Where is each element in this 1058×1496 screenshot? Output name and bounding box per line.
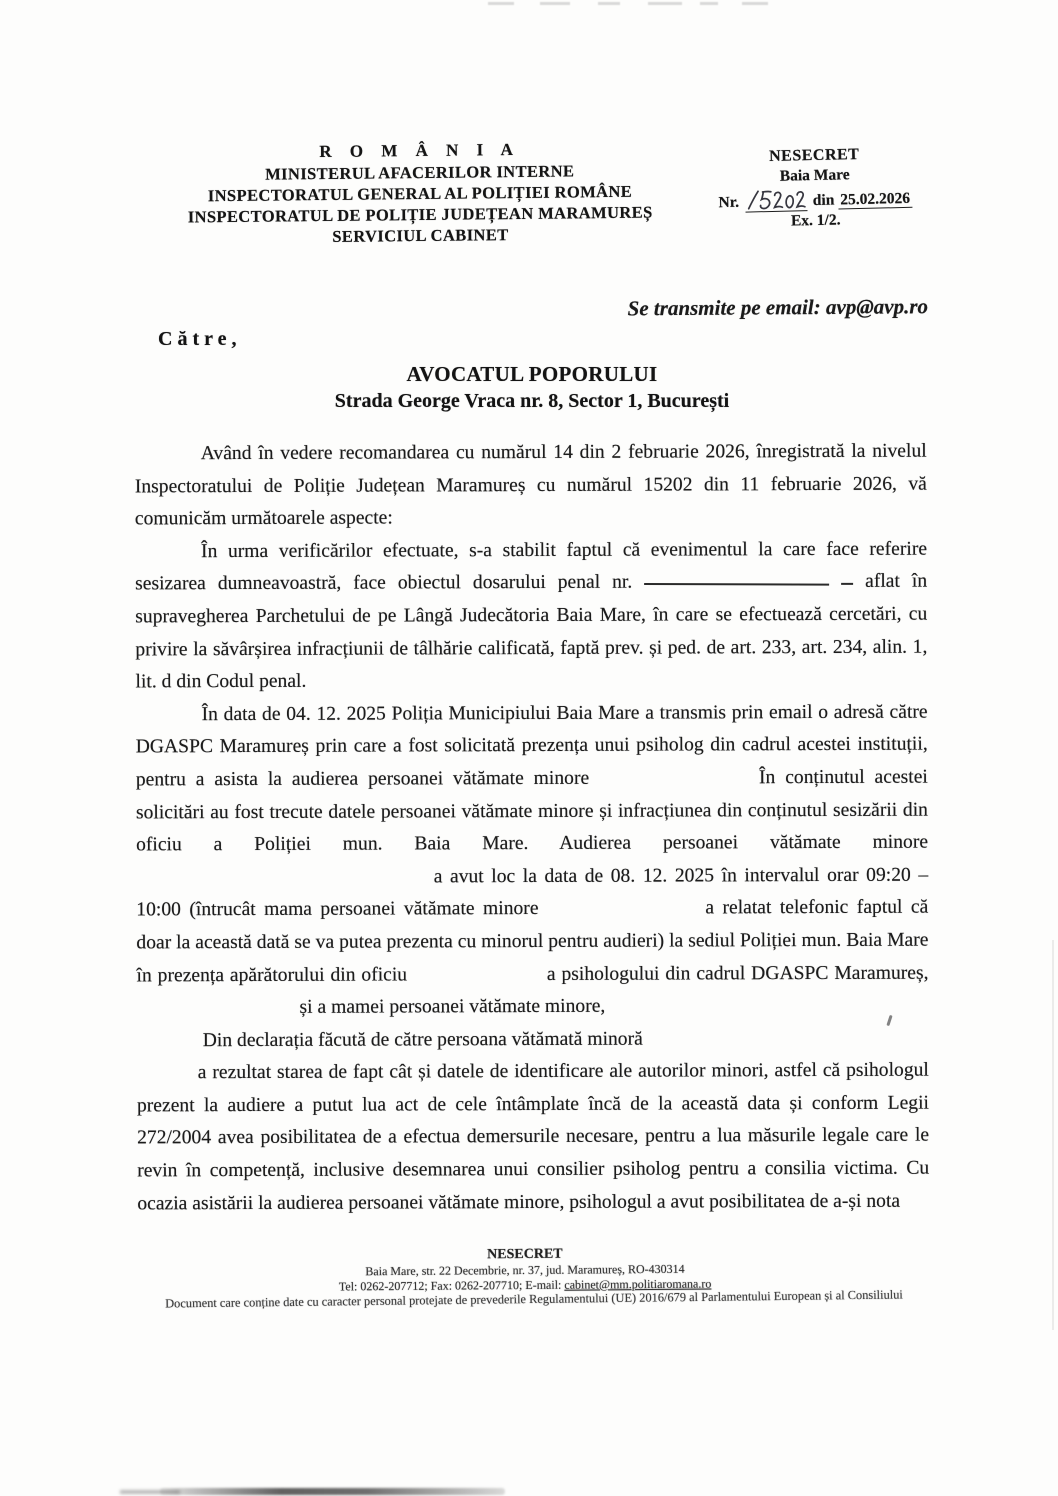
- redaction-gap: [136, 880, 426, 883]
- scan-artifact-bottom-smudge: [160, 1488, 505, 1495]
- registration-block: NESECRET Baia Mare Nr. din 25.02.2026 Ex…: [699, 143, 931, 233]
- blank-underline: [644, 566, 829, 585]
- letter-body: Având în vedere recomandarea cu numărul …: [135, 436, 930, 1221]
- body-paragraph: Având în vedere recomandarea cu numărul …: [135, 436, 927, 537]
- paragraph-text: a rezultat starea de fapt cât și datele …: [137, 1060, 929, 1214]
- blank-underline: [841, 566, 853, 585]
- scanned-letter-page: R O M Â N I A MINISTERUL AFACERILOR INTE…: [0, 0, 1058, 1496]
- recipient-block: AVOCATUL POPORULUI Strada George Vraca n…: [136, 360, 928, 415]
- body-paragraph: Din declarația făcută de către persoana …: [137, 1022, 929, 1057]
- body-paragraph: În urma verificărilor efectuate, s-a sta…: [135, 533, 928, 699]
- handwritten-registration-number: [745, 186, 808, 212]
- paragraph-text: și a mamei persoanei vătămate minore,: [299, 996, 605, 1018]
- recipient-salutation: Către,: [158, 328, 242, 351]
- redaction-gap: [137, 1011, 295, 1014]
- body-paragraph: În data de 04. 12. 2025 Poliția Municipi…: [136, 696, 929, 1025]
- redaction-gap: [547, 912, 697, 915]
- scan-artifact-edge: [1052, 940, 1054, 1330]
- letterhead-org-block: R O M Â N I A MINISTERUL AFACERILOR INTE…: [144, 137, 695, 249]
- redaction-gap: [413, 977, 541, 979]
- paragraph-text: Având în vedere recomandarea cu numărul …: [135, 441, 927, 530]
- reg-number-prefix: Nr.: [718, 194, 739, 211]
- paragraph-text: Din declarația făcută de către persoana …: [203, 1028, 643, 1051]
- scan-artifact-bottom-smudge-2: [120, 1490, 180, 1494]
- reg-mid-word: din: [813, 192, 835, 209]
- redaction-gap: [599, 781, 749, 784]
- paragraph-text: a psihologului din cadrul DGASPC Maramur…: [547, 962, 929, 984]
- scan-artifact-top: [0, 0, 1058, 12]
- recipient-address: Strada George Vraca nr. 8, Sector 1, Buc…: [136, 388, 928, 415]
- registration-line: Nr. din 25.02.2026: [700, 183, 931, 213]
- redaction-gap: [137, 1076, 192, 1078]
- recipient-name: AVOCATUL POPORULUI: [136, 360, 928, 388]
- reg-date: 25.02.2026: [838, 190, 912, 210]
- transmission-note: Se transmite pe email: avp@avp.ro: [136, 294, 928, 325]
- body-paragraph: a rezultat starea de fapt cât și datele …: [137, 1055, 930, 1221]
